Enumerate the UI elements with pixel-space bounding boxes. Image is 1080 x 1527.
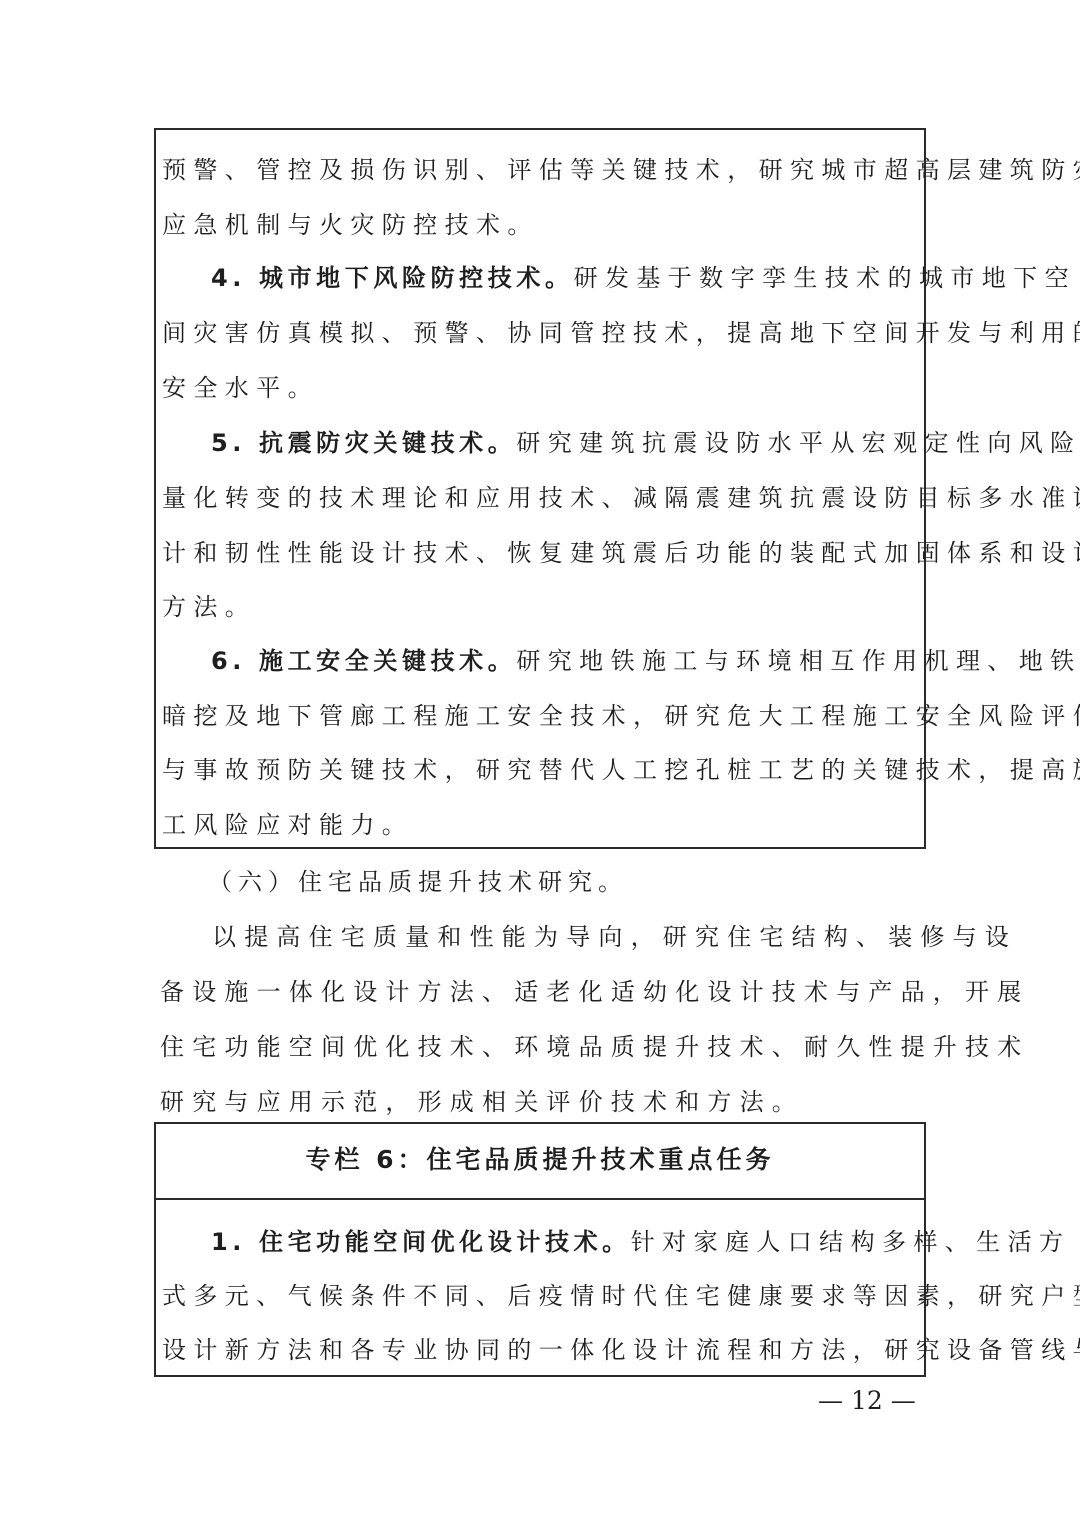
- box-item-6-first-line: 6. 施工安全关键技术。研究地铁施工与环境相互作用机理、地铁: [211, 641, 1080, 681]
- box-text-line: 式多元、气候条件不同、后疫情时代住宅健康要求等因素，研究户型: [162, 1276, 1080, 1316]
- box-text-line: 设计新方法和各专业协同的一体化设计流程和方法，研究设备管线与: [162, 1330, 1080, 1370]
- box-text-line: 方法。: [162, 587, 256, 627]
- box-text-line: 计和韧性性能设计技术、恢复建筑震后功能的装配式加固体系和设计: [162, 533, 1080, 573]
- box-item-heading: 5. 抗震防灾关键技术。: [211, 429, 516, 457]
- body-text-line: 备设施一体化设计方法、适老化适幼化设计技术与产品，开展: [160, 972, 1029, 1012]
- box-item-4-first-line: 4. 城市地下风险防控技术。研发基于数字孪生技术的城市地下空: [211, 258, 1076, 298]
- box-text-line: 与事故预防关键技术，研究替代人工挖孔桩工艺的关键技术，提高施: [162, 750, 1080, 790]
- box-text-line: 安全水平。: [162, 368, 319, 408]
- body-text-line: 住宅功能空间优化技术、环境品质提升技术、耐久性提升技术: [160, 1027, 1029, 1067]
- box-item-text: 研究地铁施工与环境相互作用机理、地铁: [516, 647, 1080, 675]
- box-item-text: 研究建筑抗震设防水平从宏观定性向风险: [516, 429, 1080, 457]
- box-item-5-first-line: 5. 抗震防灾关键技术。研究建筑抗震设防水平从宏观定性向风险: [211, 423, 1080, 463]
- box6-item-1-first-line: 1. 住宅功能空间优化设计技术。针对家庭人口结构多样、生活方: [211, 1222, 1070, 1262]
- box-item-text: 针对家庭人口结构多样、生活方: [631, 1228, 1071, 1256]
- box-item-heading: 6. 施工安全关键技术。: [211, 647, 516, 675]
- box-item-text: 研发基于数字孪生技术的城市地下空: [574, 264, 1076, 292]
- box-text-line: 工风险应对能力。: [162, 805, 413, 845]
- section-heading: （六）住宅品质提升技术研究。: [208, 862, 628, 902]
- box-item-heading: 1. 住宅功能空间优化设计技术。: [211, 1228, 631, 1256]
- document-page: 预警、管控及损伤识别、评估等关键技术，研究城市超高层建筑防灾 应急机制与火灾防控…: [0, 0, 1080, 1527]
- box-text-line: 暗挖及地下管廊工程施工安全技术，研究危大工程施工安全风险评估: [162, 696, 1080, 736]
- box-item-heading: 4. 城市地下风险防控技术。: [211, 264, 574, 292]
- body-text-line: 研究与应用示范，形成相关评价技术和方法。: [160, 1082, 804, 1122]
- box-text-line: 应急机制与火灾防控技术。: [162, 205, 539, 245]
- column-title-divider: [154, 1198, 926, 1200]
- column-title: 专栏 6：住宅品质提升技术重点任务: [0, 1140, 1080, 1180]
- box-text-line: 间灾害仿真模拟、预警、协同管控技术，提高地下空间开发与利用的: [162, 313, 1080, 353]
- page-number: — 12 —: [818, 1381, 916, 1421]
- box-text-line: 预警、管控及损伤识别、评估等关键技术，研究城市超高层建筑防灾: [162, 150, 1080, 190]
- box-text-line: 量化转变的技术理论和应用技术、减隔震建筑抗震设防目标多水准设: [162, 478, 1080, 518]
- body-text-line: 以提高住宅质量和性能为导向，研究住宅结构、装修与设: [212, 917, 1017, 957]
